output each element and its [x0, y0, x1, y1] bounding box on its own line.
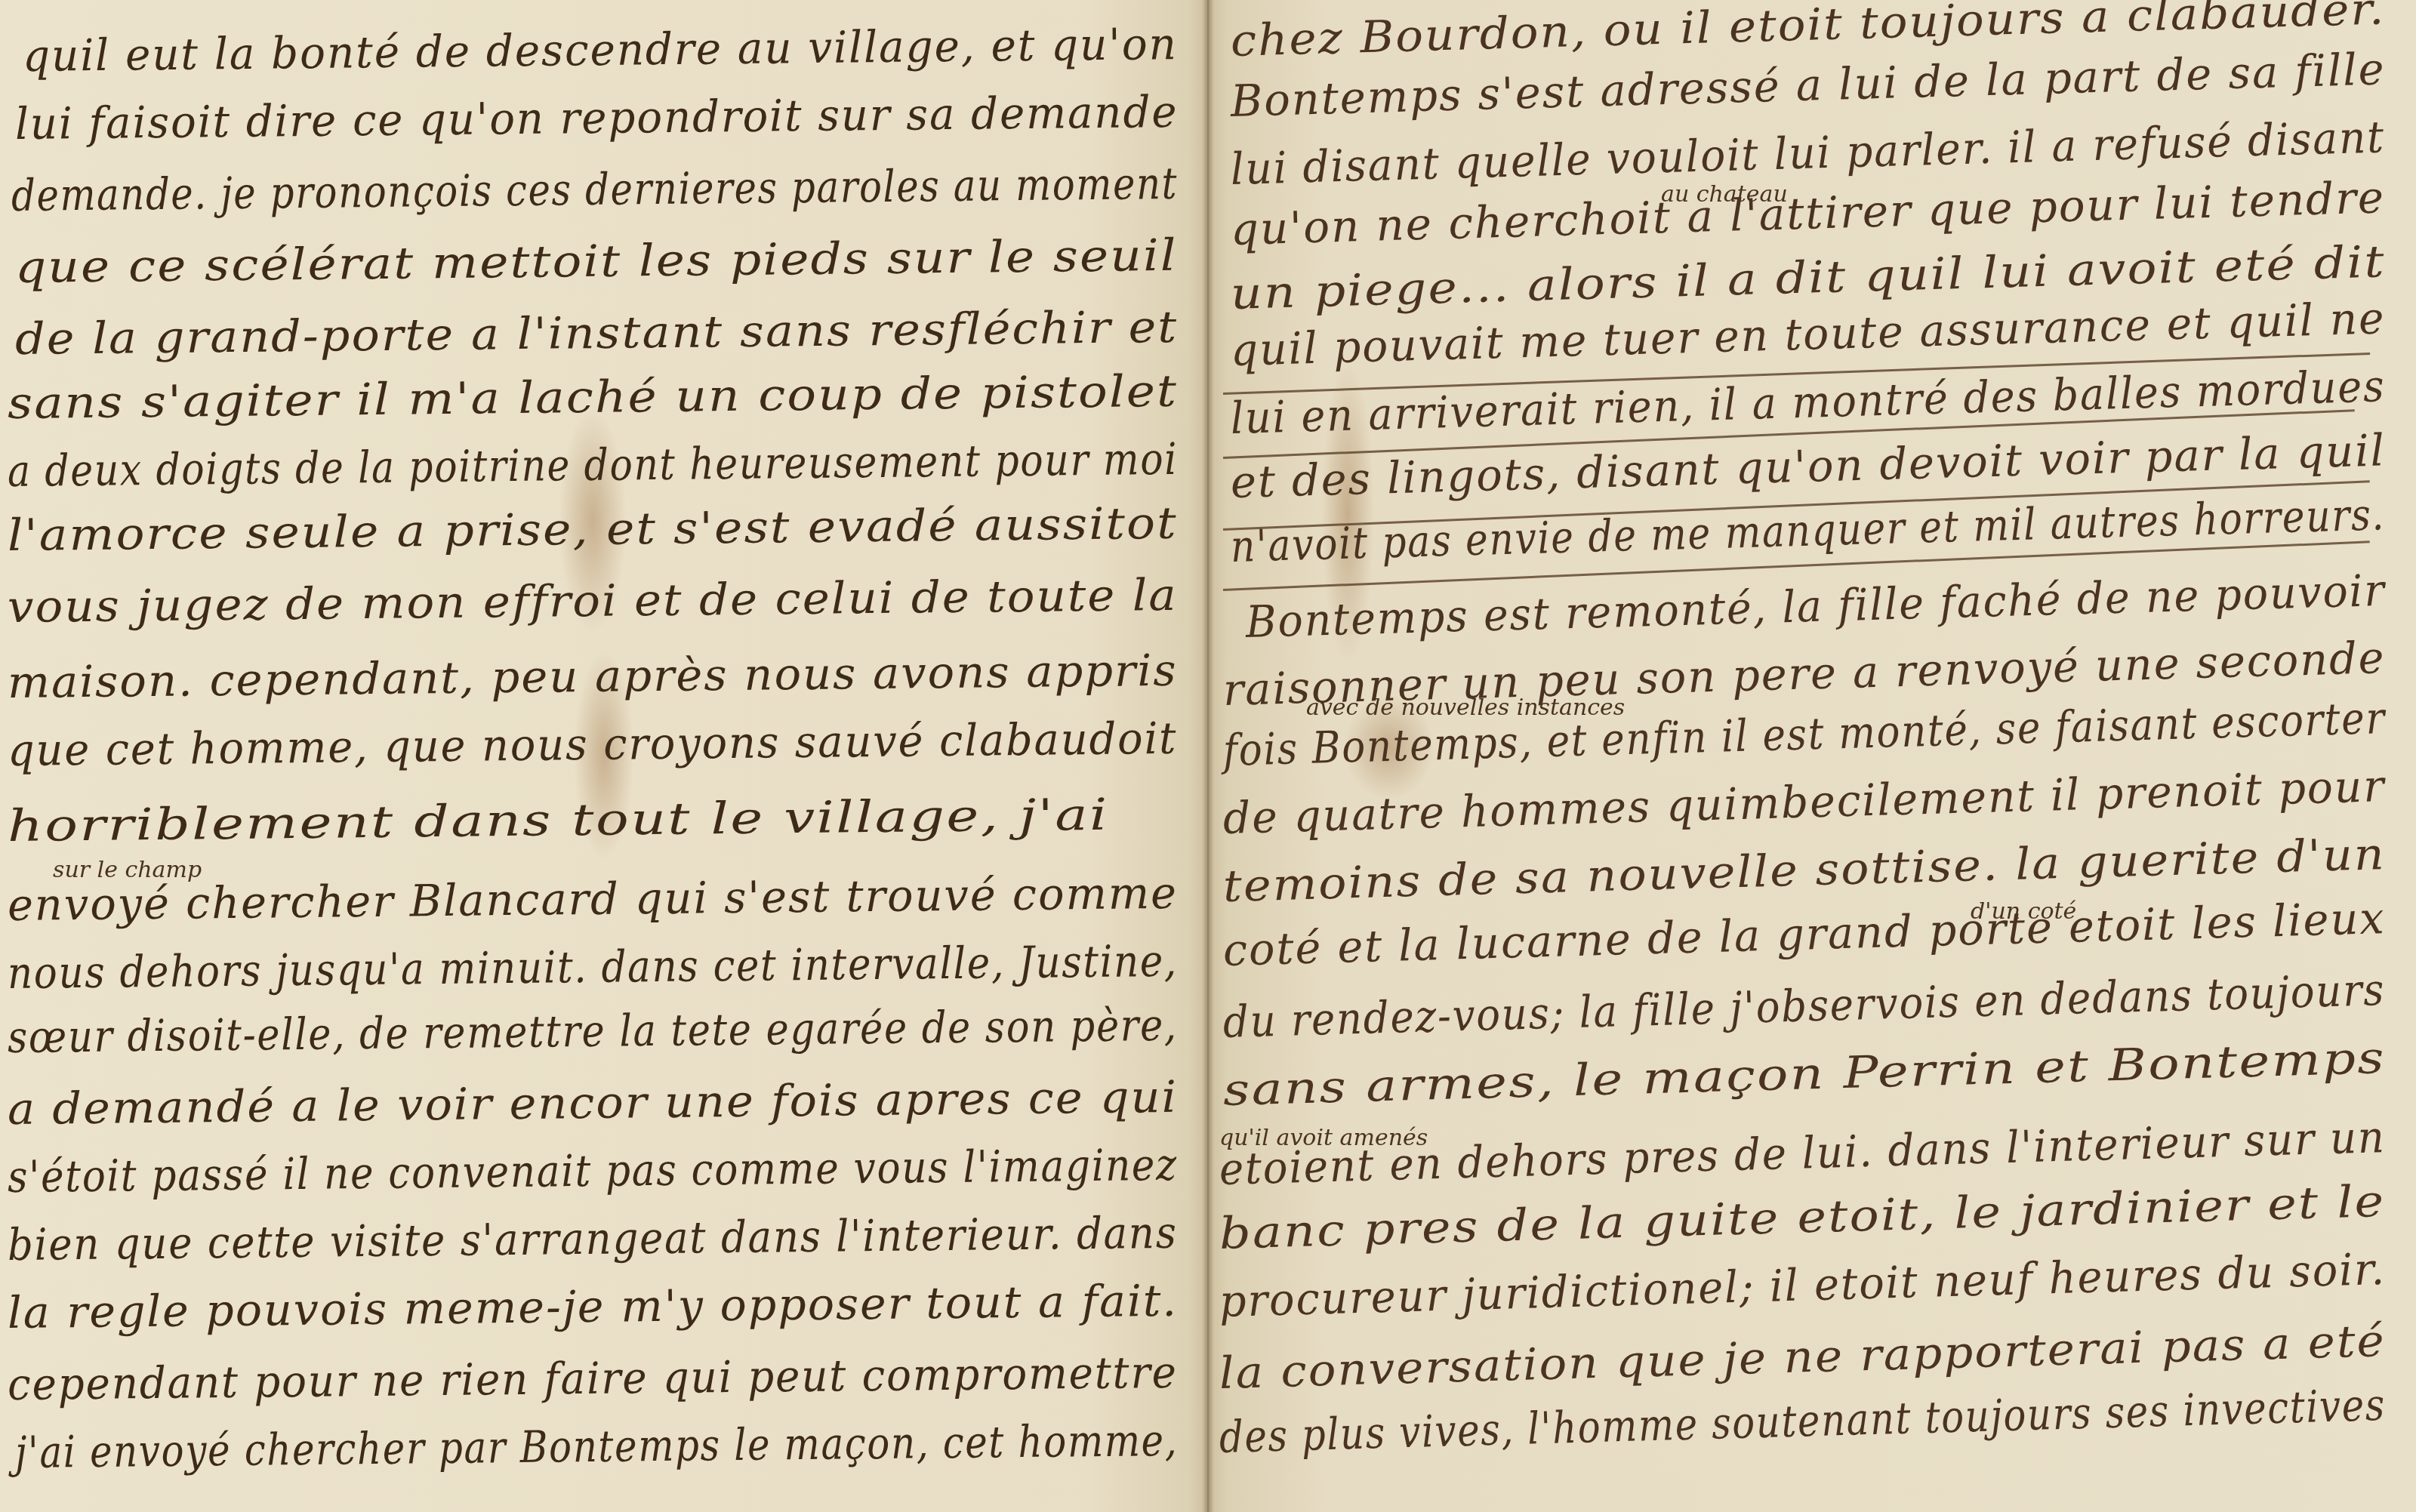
- manuscript-line: s'étoit passé il ne convenait pas comme …: [8, 1139, 1179, 1203]
- manuscript-line: horriblement dans tout le village, j'ai: [8, 789, 1109, 851]
- manuscript-line: que cet homme, que nous croyons sauvé cl…: [8, 713, 1178, 776]
- manuscript-line: sans s'agiter il m'a laché un coup de pi…: [8, 365, 1179, 429]
- manuscript-spread: quil eut la bonté de descendre au villag…: [0, 0, 2416, 1512]
- manuscript-line: sans armes, le maçon Perrin et Bontemps: [1222, 1032, 2387, 1116]
- left-page: quil eut la bonté de descendre au villag…: [0, 0, 1208, 1512]
- manuscript-line: que ce scélérat mettoit les pieds sur le…: [15, 229, 1178, 293]
- manuscript-line: vous jugez de mon effroi et de celui de …: [8, 569, 1178, 633]
- manuscript-line: nous dehors jusqu'a minuit. dans cet int…: [8, 935, 1179, 999]
- manuscript-line: cependant pour ne rien faire qui peut co…: [8, 1347, 1178, 1410]
- manuscript-line: quil eut la bonté de descendre au villag…: [23, 18, 1178, 82]
- manuscript-line: Bontemps est remonté, la fille faché de …: [1245, 565, 2386, 648]
- manuscript-line: maison. cependant, peu après nous avons …: [8, 645, 1178, 708]
- manuscript-line: bien que cette visite s'arrangeat dans l…: [8, 1207, 1178, 1270]
- manuscript-line: a demandé a le voir encor une fois apres…: [8, 1071, 1179, 1135]
- right-page: chez Bourdon, ou il etoit toujours a cla…: [1208, 0, 2416, 1512]
- manuscript-line: l'amorce seule a prise, et s'est evadé a…: [8, 497, 1178, 561]
- manuscript-line: la regle pouvois meme-je m'y opposer tou…: [8, 1275, 1179, 1338]
- manuscript-line: du rendez-vous; la fille j'observois en …: [1222, 964, 2386, 1048]
- manuscript-line: de la grand-porte a l'instant sans resfl…: [15, 301, 1179, 365]
- manuscript-line: j'ai envoyé chercher par Bontemps le maç…: [15, 1415, 1179, 1478]
- manuscript-line: sœur disoit-elle, de remettre la tete eg…: [8, 999, 1178, 1063]
- manuscript-line: demande. je prononçois ces dernieres par…: [11, 158, 1179, 221]
- manuscript-line: procureur juridictionel; il etoit neuf h…: [1219, 1243, 2387, 1327]
- manuscript-line: a deux doigts de la poitrine dont heureu…: [8, 433, 1179, 497]
- manuscript-line: lui faisoit dire ce qu'on repondroit sur…: [15, 86, 1179, 149]
